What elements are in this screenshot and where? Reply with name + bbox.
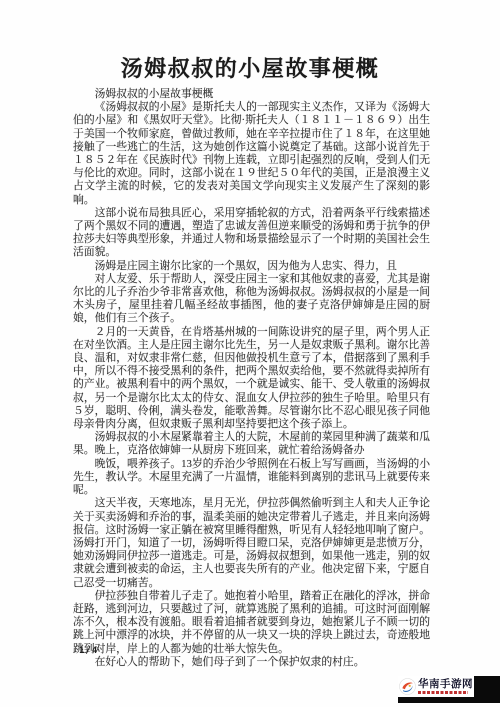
paragraph: 晚饭，喂养孩子。13岁的乔治少爷照例在石板上写写画画，当汤姆的小先生，教认学。木… [73,458,430,498]
paragraph: 汤姆叔叔的小木屋紧靠着主人的大院，木屋前的菜园里种满了蔬菜和瓜果。晚上，克洛依婶… [73,431,430,457]
watermark-logo: 华南手游网 [398,676,500,703]
watermark-tagline-blur [418,691,468,694]
paragraph: 伊拉莎独自带着儿子走了。她抱着小哈里，踏着正在融化的浮冰，拼命赶路，逃到河边，只… [73,590,430,656]
paragraph: 《汤姆叔叔的小屋》是斯托夫人的一部现实主义杰作，又译为《汤姆大伯的小屋》和《黑奴… [73,101,430,207]
paragraph: 汤姆是庄园主谢尔比家的一个黑奴，因为他为人忠实、得力，且 [73,260,430,273]
paragraph-header-line: 汤姆叔叔的小屋故事梗概 [73,88,430,101]
page-number: 1/4 [79,646,98,656]
paragraph: 对人友爱、乐于帮助人，深受庄园主一家和其他奴隶的喜爱，尤其是谢尔比的儿子乔治少爷… [73,273,430,326]
page-title: 汤姆叔叔的小屋故事梗概 [0,52,500,83]
swirl-bird-logo-icon [399,678,416,695]
document-page: 汤姆叔叔的小屋故事梗概 汤姆叔叔的小屋故事梗概 《汤姆叔叔的小屋》是斯托夫人的一… [0,0,500,707]
watermark-name: 华南手游网 [418,679,473,690]
paragraph: 这天半夜，天寒地冻，星月无光，伊拉莎偶然偷听到主人和夫人正争论关于买卖汤姆和乔治… [73,497,430,589]
paragraph: 这部小说布局独具匠心，采用穿插轮叙的方式，沿着两条平行线索描述了两个黑奴不同的遭… [73,207,430,260]
watermark-text-column: 华南手游网 [418,679,473,694]
document-body: 汤姆叔叔的小屋故事梗概 《汤姆叔叔的小屋》是斯托夫人的一部现实主义杰作，又译为《… [73,88,430,669]
paragraph: 在好心人的帮助下，她们母子到了一个保护奴隶的村庄。 [73,656,430,669]
watermark-label-box: 华南手游网 [398,676,474,697]
paragraph: ２月的一天黄昏，在肯塔基州城的一间陈设讲究的屋子里，两个男人正在对坐饮酒。主人是… [73,326,430,432]
